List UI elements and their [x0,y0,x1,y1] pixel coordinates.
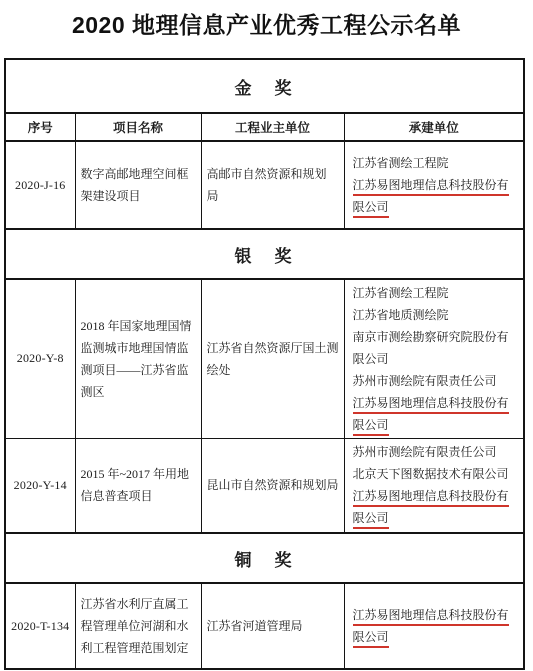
contractor-underlined: 江苏易图地理信息科技股份有限公司 [353,604,516,648]
contractor: 江苏省测绘工程院 [353,282,516,304]
award-table: 金 奖 序号 项目名称 工程业主单位 承建单位 2020-J-16 数字高邮地理… [4,58,525,670]
section-header-silver: 银 奖 [5,229,524,279]
contractor: 苏州市测绘院有限责任公司 [353,441,516,463]
row-id: 2020-T-134 [5,583,75,669]
owner-unit: 昆山市自然资源和规划局 [201,438,344,533]
contractor-list: 苏州市测绘院有限责任公司 北京天下图数据技术有限公司 江苏易图地理信息科技股份有… [344,438,524,533]
project-name: 2018 年国家地理国情监测城市地理国情监测项目——江苏省监测区 [75,279,201,438]
column-header-row: 序号 项目名称 工程业主单位 承建单位 [5,113,524,141]
project-name: 2015 年~2017 年用地信息普查项目 [75,438,201,533]
table-row-2020-Y-8: 2020-Y-8 2018 年国家地理国情监测城市地理国情监测项目——江苏省监测… [5,279,524,438]
row-id: 2020-Y-8 [5,279,75,438]
col-header-seq: 序号 [5,113,75,141]
owner-unit: 江苏省自然资源厅国土测 绘处 [201,279,344,438]
contractor: 南京市测绘勘察研究院股份有限公司 [353,326,516,370]
project-name: 江苏省水利厅直属工程管理单位河湖和水利工程管理范围划定 [75,583,201,669]
contractor-list: 江苏易图地理信息科技股份有限公司 [344,583,524,669]
contractor: 江苏省地质测绘院 [353,304,516,326]
project-name: 数字高邮地理空间框架建设项目 [75,141,201,229]
contractor: 苏州市测绘院有限责任公司 [353,370,516,392]
col-header-project: 项目名称 [75,113,201,141]
owner-unit: 高邮市自然资源和规划 局 [201,141,344,229]
table-row-2020-J-16: 2020-J-16 数字高邮地理空间框架建设项目 高邮市自然资源和规划 局 江苏… [5,141,524,229]
section-header-gold: 金 奖 [5,59,524,113]
contractor-underlined: 江苏易图地理信息科技股份有限公司 [353,174,516,218]
document-page: 2020 地理信息产业优秀工程公示名单 金 奖 序号 项目名称 工程业主单位 承… [0,0,533,671]
col-header-contractor: 承建单位 [344,113,524,141]
award-label-gold: 金 奖 [5,59,524,113]
row-id: 2020-Y-14 [5,438,75,533]
row-id: 2020-J-16 [5,141,75,229]
contractor-underlined: 江苏易图地理信息科技股份有限公司 [353,392,516,436]
contractor: 北京天下图数据技术有限公司 [353,463,516,485]
contractor: 江苏省测绘工程院 [353,152,516,174]
section-header-bronze: 铜 奖 [5,533,524,583]
award-label-silver: 银 奖 [5,229,524,279]
owner-unit: 江苏省河道管理局 [201,583,344,669]
award-label-bronze: 铜 奖 [5,533,524,583]
page-title: 2020 地理信息产业优秀工程公示名单 [0,0,533,40]
table-row-2020-Y-14: 2020-Y-14 2015 年~2017 年用地信息普查项目 昆山市自然资源和… [5,438,524,533]
contractor-underlined: 江苏易图地理信息科技股份有限公司 [353,485,516,529]
contractor-list: 江苏省测绘工程院 江苏省地质测绘院 南京市测绘勘察研究院股份有限公司 苏州市测绘… [344,279,524,438]
col-header-owner: 工程业主单位 [201,113,344,141]
table-row-2020-T-134: 2020-T-134 江苏省水利厅直属工程管理单位河湖和水利工程管理范围划定 江… [5,583,524,669]
contractor-list: 江苏省测绘工程院 江苏易图地理信息科技股份有限公司 [344,141,524,229]
